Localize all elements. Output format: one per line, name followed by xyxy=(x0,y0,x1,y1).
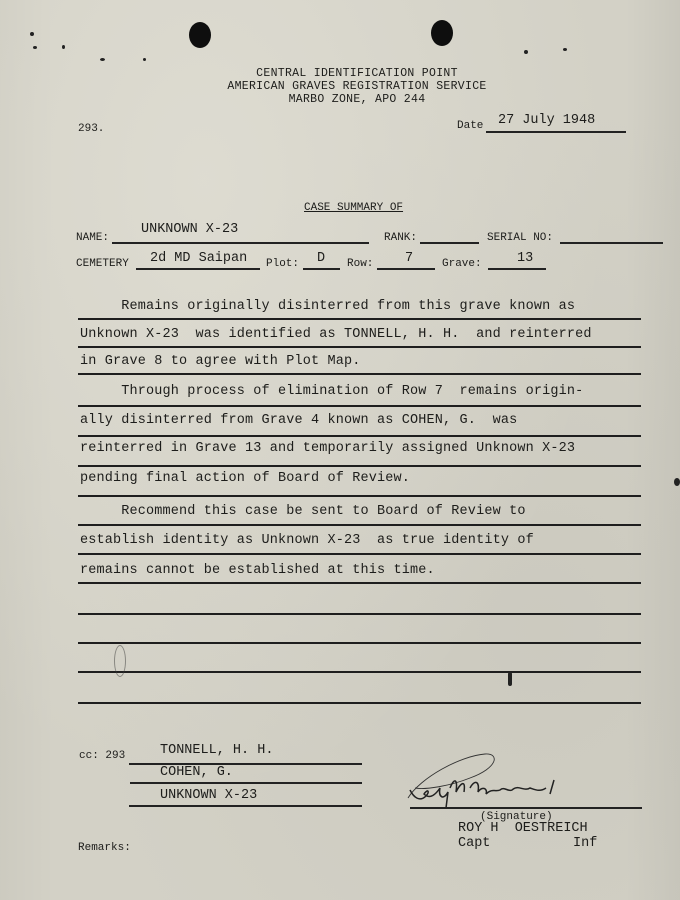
header-line-1: CENTRAL IDENTIFICATION POINT xyxy=(17,67,680,80)
paper-speck xyxy=(100,58,105,61)
body-line-1: Remains originally disinterred from this… xyxy=(80,299,575,314)
ruled-line xyxy=(78,465,641,467)
body-line-10: remains cannot be established at this ti… xyxy=(80,563,435,578)
punch-hole-right xyxy=(431,20,453,46)
row-value: 7 xyxy=(405,251,413,266)
ruled-line xyxy=(78,405,641,407)
body-line-4: Through process of elimination of Row 7 … xyxy=(80,384,583,399)
ruled-line xyxy=(78,613,641,615)
body-line-7: pending final action of Board of Review. xyxy=(80,471,410,486)
cc-label: cc: 293 xyxy=(79,750,125,762)
date-value: 27 July 1948 xyxy=(498,113,595,128)
cc-recipient-3: UNKNOWN X-23 xyxy=(160,788,257,803)
name-underline xyxy=(112,242,369,244)
paper-speck xyxy=(143,58,146,61)
cc-underline-2 xyxy=(130,782,362,784)
body-line-9: establish identity as Unknown X-23 as tr… xyxy=(80,533,534,548)
pencil-mark xyxy=(114,645,126,677)
signer-branch: Inf xyxy=(573,836,597,851)
grave-value: 13 xyxy=(517,251,533,266)
ruled-line xyxy=(78,642,641,644)
body-line-5: ally disinterred from Grave 4 known as C… xyxy=(80,413,517,428)
cc-recipient-1: TONNELL, H. H. xyxy=(160,743,273,758)
body-line-6: reinterred in Grave 13 and temporarily a… xyxy=(80,441,575,456)
row-label: Row: xyxy=(347,258,373,270)
date-underline xyxy=(486,131,626,133)
serial-underline xyxy=(560,242,663,244)
ruled-line xyxy=(78,524,641,526)
remarks-label: Remarks: xyxy=(78,842,131,854)
ruled-line xyxy=(78,373,641,375)
name-value: UNKNOWN X-23 xyxy=(141,222,238,237)
paper-speck xyxy=(62,45,65,49)
form-title: CASE SUMMARY OF xyxy=(304,202,403,214)
body-line-8: Recommend this case be sent to Board of … xyxy=(80,504,526,519)
ruled-line xyxy=(78,702,641,704)
grave-underline xyxy=(488,268,546,270)
body-line-2: Unknown X-23 was identified as TONNELL, … xyxy=(80,327,592,342)
ruled-line xyxy=(78,553,641,555)
ruled-line xyxy=(78,346,641,348)
paper-speck xyxy=(674,478,680,486)
rank-label: RANK: xyxy=(384,232,417,244)
paper-speck xyxy=(563,48,567,51)
paper-speck xyxy=(30,32,34,36)
grave-label: Grave: xyxy=(442,258,482,270)
signer-name: ROY H OESTREICH xyxy=(458,821,588,836)
file-number: 293. xyxy=(78,123,104,135)
ink-mark xyxy=(508,672,512,686)
signature-line xyxy=(410,807,642,809)
plot-underline xyxy=(303,268,340,270)
name-label: NAME: xyxy=(76,232,109,244)
ruled-line xyxy=(78,318,641,320)
ruled-line xyxy=(78,435,641,437)
ruled-line xyxy=(78,582,641,584)
date-label: Date xyxy=(457,120,483,132)
paper-speck xyxy=(33,46,37,49)
punch-hole-left xyxy=(189,22,211,48)
cc-recipient-2: COHEN, G. xyxy=(160,765,233,780)
row-underline xyxy=(377,268,435,270)
ruled-line xyxy=(78,671,641,673)
header-line-3: MARBO ZONE, APO 244 xyxy=(17,93,680,106)
serial-label: SERIAL NO: xyxy=(487,232,553,244)
cemetery-underline xyxy=(136,268,260,270)
plot-label: Plot: xyxy=(266,258,299,270)
signer-rank: Capt xyxy=(458,836,490,851)
body-line-3: in Grave 8 to agree with Plot Map. xyxy=(80,354,361,369)
header-line-2: AMERICAN GRAVES REGISTRATION SERVICE xyxy=(17,80,680,93)
paper-speck xyxy=(524,50,528,54)
rank-underline xyxy=(420,242,479,244)
cemetery-label: CEMETERY xyxy=(76,258,129,270)
ruled-line xyxy=(78,495,641,497)
cemetery-value: 2d MD Saipan xyxy=(150,251,247,266)
plot-value: D xyxy=(317,251,325,266)
cc-underline-3 xyxy=(129,805,362,807)
